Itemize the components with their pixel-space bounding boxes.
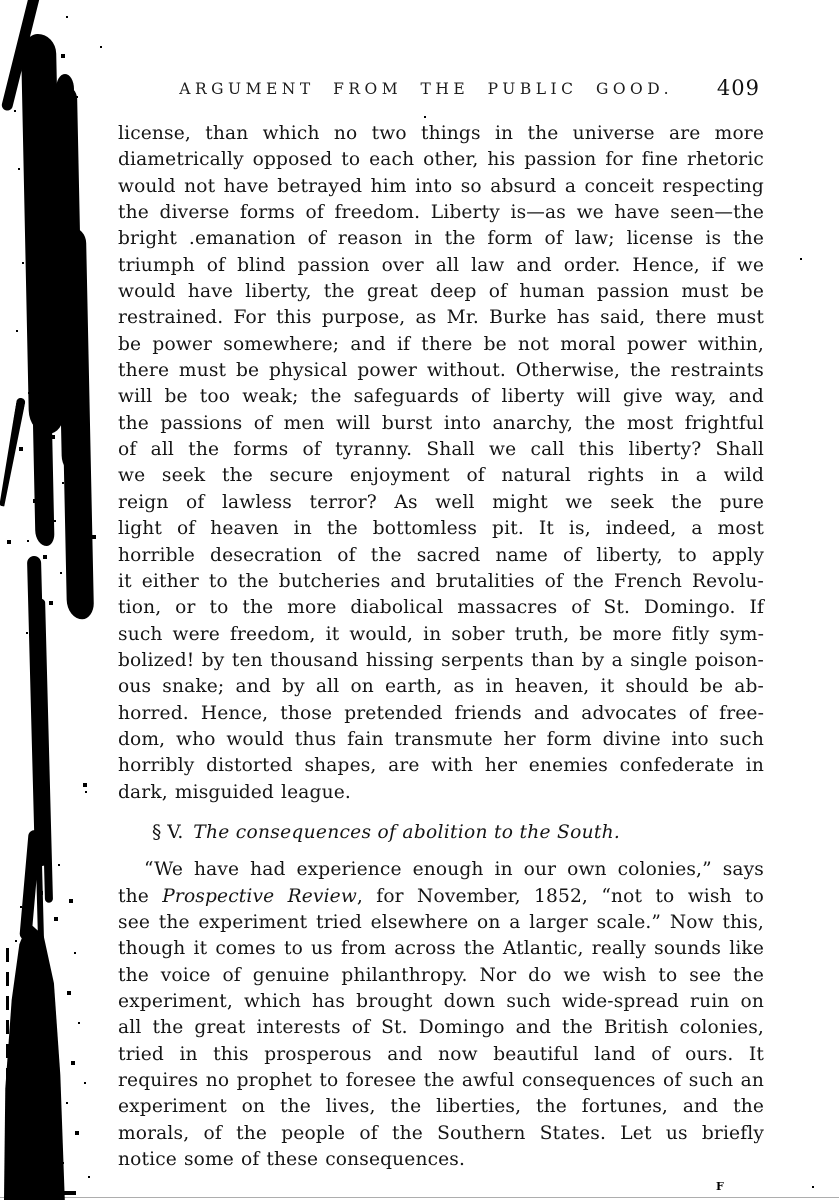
text-line: requires no prophet to foresee the awful… xyxy=(118,1068,764,1094)
text-line: morals, of the people of the Southern St… xyxy=(118,1121,764,1147)
running-header: ARGUMENT FROM THE PUBLIC GOOD. 409 xyxy=(118,76,764,110)
text-line: notice some of these consequences. xyxy=(118,1147,764,1173)
section-title: The consequences of abolition to the Sou… xyxy=(193,822,620,843)
text-line: all the great interests of St. Domingo a… xyxy=(118,1015,764,1041)
text-line: the Prospective Review, for November, 18… xyxy=(118,884,764,910)
text-line: there must be physical power without. Ot… xyxy=(118,358,764,384)
text-line: dom, who would thus fain transmute her f… xyxy=(118,727,764,753)
bottom-edge-dash xyxy=(40,1191,76,1195)
paragraph: license, than which no two things in the… xyxy=(118,121,764,806)
text-line: the voice of genuine philanthropy. Nor d… xyxy=(118,963,764,989)
text-line: it either to the butcheries and brutalit… xyxy=(118,569,764,595)
ink-streak-low2 xyxy=(19,830,41,941)
page-bottom-edge xyxy=(0,1197,839,1198)
page-number: 409 xyxy=(717,76,760,100)
text-line: tried in this prosperous and now beautif… xyxy=(118,1042,764,1068)
page-title: ARGUMENT FROM THE PUBLIC GOOD. xyxy=(179,80,673,98)
text-line: such were freedom, it would, in sober tr… xyxy=(118,622,764,648)
text-line: license, than which no two things in the… xyxy=(118,121,764,147)
page-body: license, than which no two things in the… xyxy=(118,121,764,1173)
section-heading: § V.The consequences of abolition to the… xyxy=(152,820,764,846)
text-line: triumph of blind passion over all law an… xyxy=(118,253,764,279)
ink-gutter-dashes xyxy=(6,948,9,1163)
text-line: bolized! by ten thousand hissing serpent… xyxy=(118,648,764,674)
text-line: diametrically opposed to each other, his… xyxy=(118,147,764,173)
text-line: will be too weak; the safeguards of libe… xyxy=(118,384,764,410)
text-line: would have liberty, the great deep of hu… xyxy=(118,279,764,305)
ink-speckles-lower xyxy=(0,0,2,2)
text-line: light of heaven in the bottomless pit. I… xyxy=(118,516,764,542)
ink-streak-top xyxy=(1,0,41,112)
text-line: we seek the secure enjoyment of natural … xyxy=(118,463,764,489)
signature-mark: F xyxy=(716,1180,724,1193)
section-number: § V. xyxy=(152,822,183,843)
text-line: the diverse forms of freedom. Liberty is… xyxy=(118,200,764,226)
page: ARGUMENT FROM THE PUBLIC GOOD. 409 licen… xyxy=(118,76,764,1173)
text-line: “We have had experience enough in our ow… xyxy=(118,857,764,883)
text-line: reign of lawless terror? As well might w… xyxy=(118,490,764,516)
text-line: ous snake; and by all on earth, as in he… xyxy=(118,674,764,700)
ink-blob-side xyxy=(56,74,74,104)
ink-speckles-upper xyxy=(0,0,2,2)
text-line: horred. Hence, those pretended friends a… xyxy=(118,701,764,727)
text-line: dark, misguided league. xyxy=(118,780,764,806)
text-line: horrible desecration of the sacred name … xyxy=(118,543,764,569)
ink-blotch-bottom xyxy=(4,922,68,1200)
text-line: the passions of men will burst into anar… xyxy=(118,411,764,437)
text-line: restrained. For this purpose, as Mr. Bur… xyxy=(118,305,764,331)
text-line: of all the forms of tyranny. Shall we ca… xyxy=(118,437,764,463)
text-line: be power somewhere; and if there be not … xyxy=(118,332,764,358)
text-line: bright .emanation of reason in the form … xyxy=(118,226,764,252)
paragraph: “We have had experience enough in our ow… xyxy=(118,857,764,1173)
ink-streak-low xyxy=(27,556,49,866)
text-line: tion, or to the more diabolical massacre… xyxy=(118,595,764,621)
text-line: see the experiment tried elsewhere on a … xyxy=(118,910,764,936)
text-line: experiment, which has brought down such … xyxy=(118,989,764,1015)
ink-blotch-main xyxy=(21,34,64,435)
text-line: experiment on the lives, the liberties, … xyxy=(118,1094,764,1120)
text-line: though it comes to us from across the At… xyxy=(118,936,764,962)
text-line: horribly distorted shapes, are with her … xyxy=(118,753,764,779)
text-line: would not have betrayed him into so absu… xyxy=(118,174,764,200)
ink-streak-mid xyxy=(0,397,26,507)
